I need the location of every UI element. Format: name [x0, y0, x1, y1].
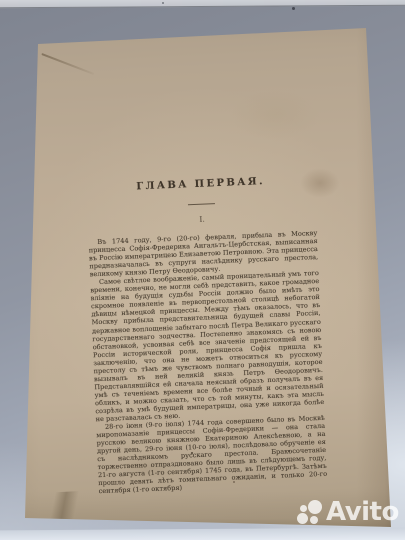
- table-edge-strip: [0, 528, 405, 540]
- book-page: ГЛАВА ПЕРВАЯ. I. Въ 1744 году, 9-го (20-…: [0, 0, 405, 540]
- section-divider-rule: [188, 203, 215, 205]
- avito-wordmark: Avito: [326, 498, 399, 526]
- background-top-strip: [0, 0, 405, 8]
- listing-photo: ГЛАВА ПЕРВАЯ. I. Въ 1744 году, 9-го (20-…: [0, 0, 405, 540]
- body-paragraph: Самое свѣтлое воображеніе, самый проница…: [90, 269, 325, 423]
- avito-watermark: Avito: [296, 498, 399, 526]
- paper-stain: [230, 90, 320, 140]
- avito-logo-icon: [296, 498, 323, 526]
- background-speck: [292, 7, 295, 10]
- body-text: Въ 1744 году, 9-го (20-го) февраля, приб…: [88, 229, 327, 496]
- bent-corner-shadow: [25, 490, 98, 524]
- section-numeral: I.: [87, 210, 316, 228]
- printed-text-block: ГЛАВА ПЕРВАЯ. I. Въ 1744 году, 9-го (20-…: [86, 174, 328, 496]
- paper-crease: [41, 53, 94, 75]
- chapter-heading: ГЛАВА ПЕРВАЯ.: [86, 174, 315, 194]
- body-paragraph: 28-го іюня (9-го іюля) 1744 года соверше…: [96, 414, 328, 496]
- background-speck: [162, 2, 164, 4]
